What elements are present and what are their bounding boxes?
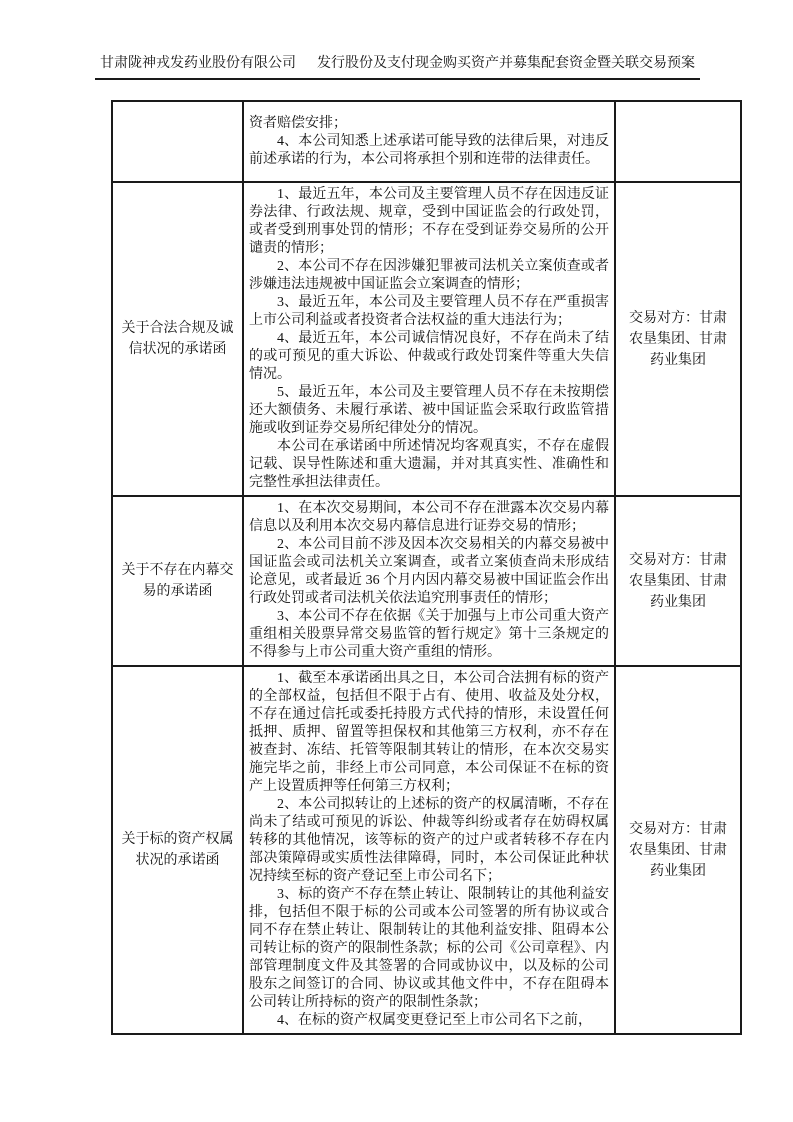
counterparty-cell: 交易对方：甘肃农垦集团、甘肃药业集团	[615, 496, 741, 666]
commitment-content: 资者赔偿安排；4、本公司知悉上述承诺可能导致的法律后果，对违反前述承诺的行为，本…	[243, 101, 615, 182]
commitment-content: 1、在本次交易期间，本公司不存在泄露本次交易内幕信息以及利用本次交易内幕信息进行…	[243, 496, 615, 666]
commitments-table: 资者赔偿安排；4、本公司知悉上述承诺可能导致的法律后果，对违反前述承诺的行为，本…	[111, 100, 742, 1035]
paragraph: 4、本公司知悉上述承诺可能导致的法律后果，对违反前述承诺的行为，本公司将承担个别…	[249, 133, 609, 169]
table-row: 关于不存在内幕交易的承诺函 1、在本次交易期间，本公司不存在泄露本次交易内幕信息…	[112, 496, 741, 666]
paragraph: 2、本公司不存在因涉嫌犯罪被司法机关立案侦查或者涉嫌违法违规被中国证监会立案调查…	[249, 258, 609, 294]
header-company-name: 甘肃陇神戎发药业股份有限公司	[100, 56, 296, 71]
header-document-title: 发行股份及支付现金购买资产并募集配套资金暨关联交易预案	[317, 56, 695, 71]
counterparty-cell: 交易对方：甘肃农垦集团、甘肃药业集团	[615, 666, 741, 1034]
paragraph: 1、截至本承诺函出具之日，本公司合法拥有标的资产的全部权益，包括但不限于占有、使…	[249, 670, 609, 796]
table-row: 关于合法合规及诚信状况的承诺函 1、最近五年，本公司及主要管理人员不存在因违反证…	[112, 182, 741, 496]
commitment-content: 1、截至本承诺函出具之日，本公司合法拥有标的资产的全部权益，包括但不限于占有、使…	[243, 666, 615, 1034]
paragraph: 3、本公司不存在依据《关于加强与上市公司重大资产重组相关股票异常交易监管的暂行规…	[249, 608, 609, 662]
paragraph: 本公司在承诺函中所述情况均客观真实，不存在虚假记载、误导性陈述和重大遗漏，并对其…	[249, 438, 609, 492]
document-page: 甘肃陇神戎发药业股份有限公司发行股份及支付现金购买资产并募集配套资金暨关联交易预…	[0, 0, 793, 1122]
table-row: 关于标的资产权属状况的承诺函 1、截至本承诺函出具之日，本公司合法拥有标的资产的…	[112, 666, 741, 1034]
commitment-label: 关于标的资产权属状况的承诺函	[112, 666, 243, 1034]
paragraph: 1、最近五年，本公司及主要管理人员不存在因违反证券法律、行政法规、规章，受到中国…	[249, 186, 609, 258]
commitment-label: 关于合法合规及诚信状况的承诺函	[112, 182, 243, 496]
counterparty-cell: 交易对方：甘肃农垦集团、甘肃药业集团	[615, 182, 741, 496]
page-header: 甘肃陇神戎发药业股份有限公司发行股份及支付现金购买资产并募集配套资金暨关联交易预…	[95, 0, 700, 80]
paragraph: 2、本公司拟转让的上述标的资产的权属清晰，不存在尚未了结或可预见的诉讼、仲裁等纠…	[249, 796, 609, 886]
commitment-label	[112, 101, 243, 182]
paragraph: 资者赔偿安排；	[249, 115, 609, 133]
table-row: 资者赔偿安排；4、本公司知悉上述承诺可能导致的法律后果，对违反前述承诺的行为，本…	[112, 101, 741, 182]
commitment-content: 1、最近五年，本公司及主要管理人员不存在因违反证券法律、行政法规、规章，受到中国…	[243, 182, 615, 496]
paragraph: 2、本公司目前不涉及因本次交易相关的内幕交易被中国证监会或司法机关立案调查，或者…	[249, 536, 609, 608]
paragraph: 3、最近五年，本公司及主要管理人员不存在严重损害上市公司利益或者投资者合法权益的…	[249, 294, 609, 330]
paragraph: 1、在本次交易期间，本公司不存在泄露本次交易内幕信息以及利用本次交易内幕信息进行…	[249, 500, 609, 536]
paragraph: 5、最近五年，本公司及主要管理人员不存在未按期偿还大额债务、未履行承诺、被中国证…	[249, 384, 609, 438]
paragraph: 3、标的资产不存在禁止转让、限制转让的其他利益安排，包括但不限于标的公司或本公司…	[249, 886, 609, 1012]
paragraph: 4、最近五年，本公司诚信情况良好，不存在尚未了结的或可预见的重大诉讼、仲裁或行政…	[249, 330, 609, 384]
counterparty-cell	[615, 101, 741, 182]
paragraph: 4、在标的资产权属变更登记至上市公司名下之前，	[249, 1012, 609, 1030]
commitment-label: 关于不存在内幕交易的承诺函	[112, 496, 243, 666]
